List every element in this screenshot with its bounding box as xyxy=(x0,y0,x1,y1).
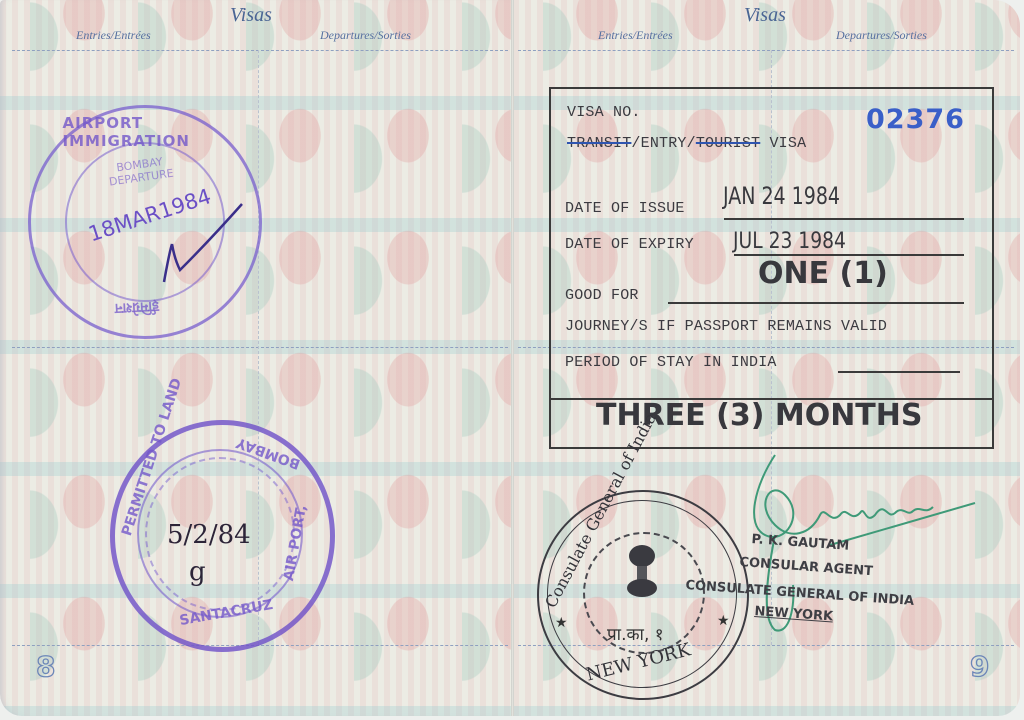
officer-initial-signature xyxy=(150,200,250,290)
right-entries-label: Entries/Entrées xyxy=(598,28,673,43)
right-departures-label: Departures/Sorties xyxy=(836,28,927,43)
seal-hindi-text: प्रा.का, १ xyxy=(607,622,664,645)
handwritten-date: 5/2/84 xyxy=(167,520,251,550)
left-entries-label: Entries/Entrées xyxy=(76,28,151,43)
right-page-title: Visas xyxy=(744,4,786,27)
grid-line xyxy=(518,50,1014,51)
good-for-line xyxy=(668,302,964,304)
grid-line xyxy=(12,347,508,348)
grid-line xyxy=(12,50,508,51)
issue-date-label: DATE OF ISSUE xyxy=(565,200,685,217)
visa-no-label: VISA NO. xyxy=(567,104,641,121)
left-page-title: Visas xyxy=(230,4,272,27)
visa-type: TRANSIT/ENTRY/TOURIST VISA xyxy=(567,135,806,152)
stay-label: PERIOD OF STAY IN INDIA xyxy=(565,354,777,371)
star-icon: ★ xyxy=(555,614,568,631)
visa-type-tourist: TOURIST xyxy=(696,135,760,152)
visa-number: 02376 xyxy=(866,104,965,135)
issue-date-value: JAN 24 1984 xyxy=(723,182,840,210)
stamp-ring-text: AIRPORT IMMIGRATION xyxy=(63,114,247,150)
good-for-label: GOOD FOR xyxy=(565,287,639,304)
ashoka-emblem-icon xyxy=(625,544,659,602)
left-departures-label: Departures/Sorties xyxy=(320,28,411,43)
visa-type-transit: TRANSIT xyxy=(567,135,631,152)
journeys-text: JOURNEY/S IF PASSPORT REMAINS VALID xyxy=(565,318,887,335)
issue-date-line xyxy=(724,218,964,220)
star-icon: ★ xyxy=(717,612,730,629)
expiry-date-value: JUL 23 1984 xyxy=(733,229,846,254)
visa-type-suffix: VISA xyxy=(760,135,806,152)
expiry-date-label: DATE OF EXPIRY xyxy=(565,236,694,253)
visa-type-entry: /ENTRY/ xyxy=(631,135,695,152)
page-number-right: 9 xyxy=(970,650,989,683)
stamp-bottom-text: ईमिग्रेशन xyxy=(114,297,159,318)
page-number-left: 8 xyxy=(36,650,55,683)
handwritten-initial: g xyxy=(189,557,206,587)
stay-line xyxy=(838,371,960,373)
good-for-value: ONE (1) xyxy=(758,256,888,291)
book-gutter xyxy=(511,0,514,716)
permitted-to-land-stamp: PERMITTED TO LAND BOMBAY AIR PORT, SANTA… xyxy=(110,420,335,652)
